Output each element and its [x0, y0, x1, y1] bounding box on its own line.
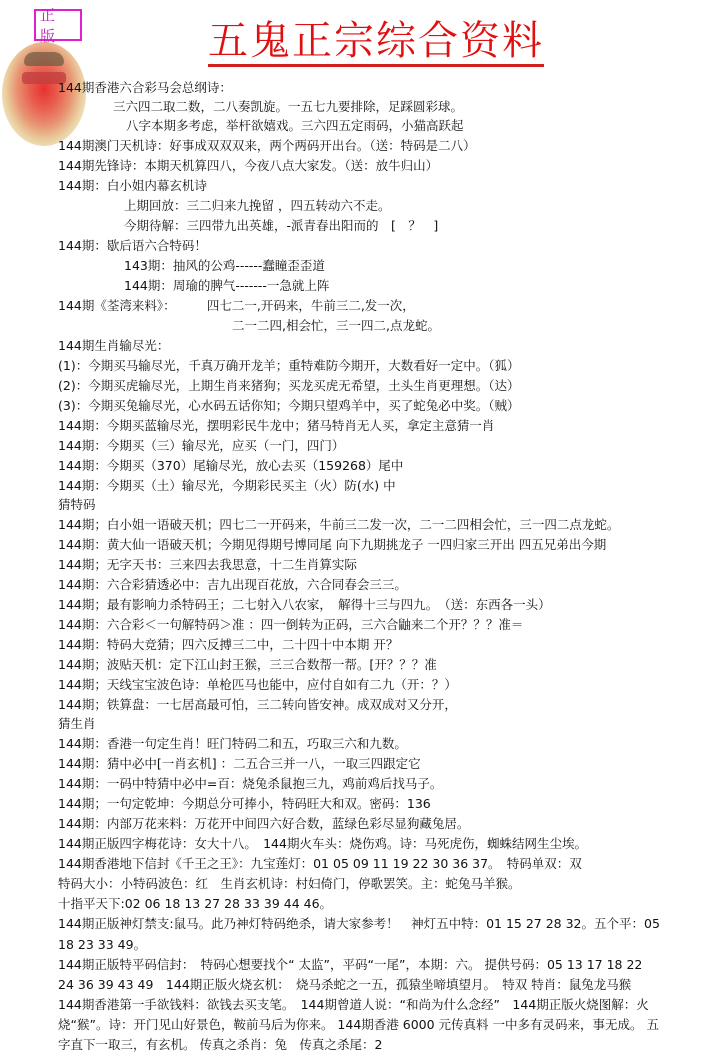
text-line: 144期：猜中必中[一肖玄机] ：二五合三并一八，一取三四跟定它 — [58, 756, 421, 772]
text-line: 144期；无字天书：三来四去我思意，十二生肖算实际 — [58, 557, 357, 573]
text-line: 八字本期多考虑，举杆欲嬉戏。三六四五定雨码，小猫高跃起 — [126, 118, 464, 134]
text-line: 143期：抽风的公鸡------蠢瞳歪歪道 — [124, 258, 325, 274]
text-line: 144期：黄大仙一语破天机；今期见得期号博同尾 向下九期挑龙子 一四归家三开出 … — [58, 537, 606, 553]
text-line: 144期；天线宝宝波色诗：单枪匹马也能中，应付自如有二九（开：？） — [58, 677, 457, 693]
text-line: 144期：六合彩猜透必中：吉九出现百花放，六合同春会三三。 — [58, 577, 407, 593]
genuine-edition-stamp: 正 版 — [34, 9, 82, 41]
text-line: 144期香港地下信封《千王之王》：九宝莲灯：01 05 09 11 19 22 … — [58, 856, 582, 872]
text-line: 144期：歇后语六合特码！ — [58, 238, 207, 254]
text-line: 烧“猴”。诗：开门见山好景色，鞍前马后为你来。 144期香港 6000 元传真料… — [58, 1017, 659, 1033]
text-line: 144期；铁算盘：一七居高最可怕，三二转向皆安神。成双成对又分开， — [58, 697, 457, 713]
text-line: (1)：今期买马输尽光，千真万确开龙羊；重特难防今期开，大数看好一定中。（狐） — [58, 358, 519, 374]
text-line: 144期正版特平码信封： 特码心想要找个“ 太监”，平码“一尾”，本期：六。 提… — [58, 957, 642, 973]
text-line: 144期生肖输尽光： — [58, 338, 169, 354]
text-line: 上期回放：三二归来九挽留 ，四五转动六不走。 — [124, 198, 390, 214]
text-line: 18 23 33 49。 — [58, 937, 146, 953]
page-title: 五鬼正宗综合资料 — [208, 18, 544, 67]
stamp-label: 正 版 — [40, 4, 80, 46]
text-line: 144期香港第一手欲钱料：欲钱去买支笔。 144期曾道人说：“和尚为什么念经” … — [58, 997, 649, 1013]
text-line: 猜特码 — [58, 497, 96, 513]
text-line: 144期正版神灯禁支:鼠马。此乃神灯特码绝杀，请大家参考！ 神灯五中特：01 1… — [58, 916, 660, 932]
text-line: 144期：周瑜的脾气-------一急就上阵 — [124, 278, 329, 294]
portrait-hair — [24, 52, 64, 66]
text-line: 144期：今期买蓝输尽光，摆明彩民牛龙中；猪马特肖无人买，拿定主意猜一肖 — [58, 418, 494, 434]
text-line: 144期；白小姐一语破天机；四七二一开码来，牛前三二发一次，二一二四相会忙，三一… — [58, 517, 619, 533]
text-line: 144期；一句定乾坤：今期总分可捧小，特码旺大和双。密码：136 — [58, 796, 431, 812]
text-line: 今期待解：三四带九出英雄，-派青春出阳而的 [ ？ ] — [124, 218, 438, 234]
text-line: 144期：内部万花来料：万花开中间四六好合数，蓝绿色彩尽显狗藏兔居。 — [58, 816, 469, 832]
text-line: 24 36 39 43 49 144期正版火烧玄机： 烧马杀蛇之一五，孤猿坐啼填… — [58, 977, 631, 993]
text-line: 144期：今期买（土）输尽光，今期彩民买主（火）防(水) 中 — [58, 478, 396, 494]
text-line: 144期：特码大竞猜；四六反搏三二中，二十四十中本期 开？ — [58, 637, 398, 653]
text-line: 144期：香港一句定生肖！旺门特码二和五，巧取三六和九数。 — [58, 736, 407, 752]
text-line: 十指平天下:02 06 18 13 27 28 33 39 44 46。 — [58, 896, 332, 912]
text-line: 144期澳门天机诗：好事成双双双来，两个两码开出台。（送：特码是二八） — [58, 138, 476, 154]
text-line: 144期正版四字梅花诗：女大十八。 144期火车头：烧伤鸡。诗：马死虎伤，蜘蛛结… — [58, 836, 587, 852]
text-line: (3)：今期买兔输尽光，心水码五话你知；今期只望鸡羊中，买了蛇兔必中奖。（贼） — [58, 398, 519, 414]
text-line: (2)：今期买虎输尽光，上期生肖来猪狗；买龙买虎无希望，土头生肖更理想。（达） — [58, 378, 519, 394]
text-line: 144期：今期买（370）尾输尽光，放心去买（159268）尾中 — [58, 458, 403, 474]
text-line: 二一二四,相会忙，三一四二,点龙蛇。 — [232, 318, 440, 334]
text-line: 144期香港六合彩马会总纲诗： — [58, 80, 232, 96]
text-line: 144期；最有影响力杀特码王；二七射入八农家， 解得十三与四九。 （送：东西各一… — [58, 597, 551, 613]
text-line: 144期《荃湾来料》： 四七二一,开码来，牛前三二,发一次， — [58, 298, 415, 314]
text-line: 144期：白小姐内幕玄机诗 — [58, 178, 207, 194]
text-line: 144期：今期买（三）输尽光，应买（一门，四门） — [58, 438, 344, 454]
text-line: 144期：六合彩＜一句解特码＞准 ：四一倒转为正码，三六合鼬来二个开？？？准＝ — [58, 617, 523, 633]
text-line: 三六四二取二数，二八奏凯旋。一五七九要排除，足踩圆彩球。 — [113, 99, 463, 115]
text-line: 特码大小：小特码波色：红 生肖玄机诗：村妇倚门，停歌罢笑。主：蛇兔马羊猴。 — [58, 876, 521, 892]
text-line: 字直下一取三，有玄机。 传真之杀肖：兔 传真之杀尾：2 — [58, 1037, 382, 1052]
text-line: 144期；波贴天机：定下江山封王猴，三三合数帮一帮。[开？？？准 — [58, 657, 437, 673]
text-line: 猜生肖 — [58, 716, 96, 732]
text-line: 144期：一码中特猜中必中=百：烧兔杀鼠抱三九，鸡前鸡后找马子。 — [58, 776, 442, 792]
text-line: 144期先锋诗：本期天机算四八，今夜八点大家发。（送：放牛归山） — [58, 158, 438, 174]
